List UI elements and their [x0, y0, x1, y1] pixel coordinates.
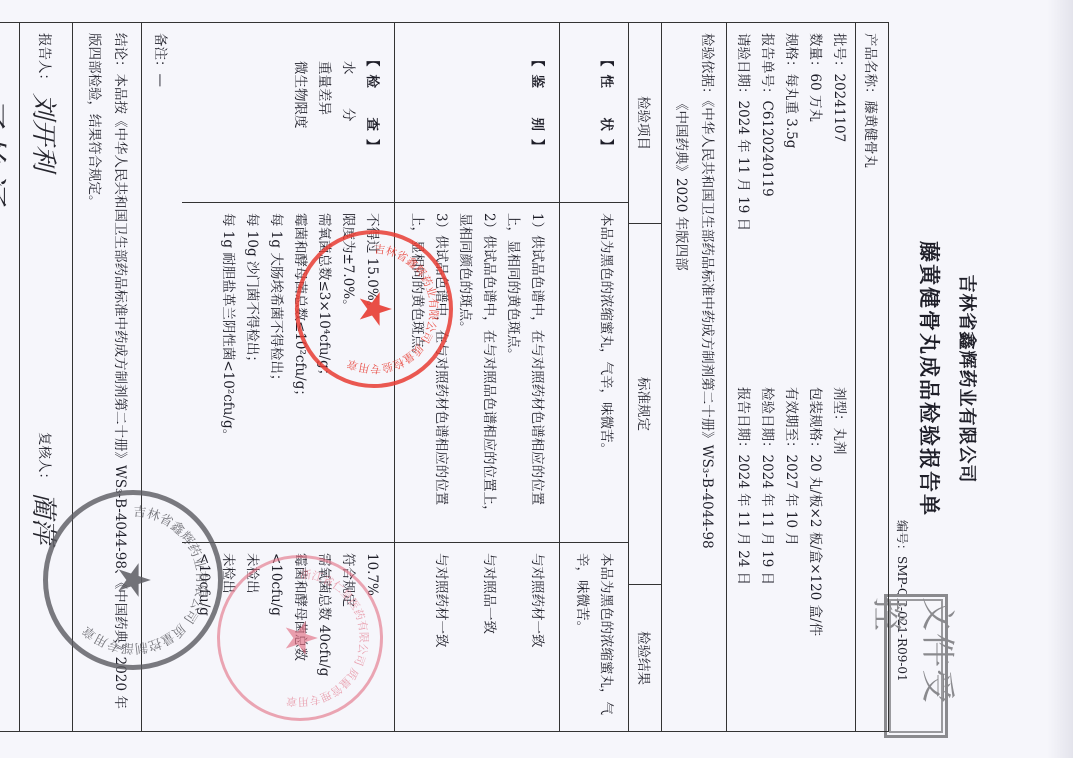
info-line: 检验日期：2024 年 11 月 19 日	[755, 387, 779, 721]
standard-text: 2）供试品色谱中，在与对照品色谱相应的位置上，显相同颜色的斑点。	[453, 213, 501, 532]
info-value: 丸剂	[831, 428, 847, 455]
test-section-row: 【检 查】水 分重量差异微生物限度不得过 15.0%。限度为±7.0%。需氧菌总…	[182, 23, 394, 731]
info-value: 2024 年 11 月 19 日	[735, 101, 751, 232]
result-text: 与对照品一致	[477, 553, 501, 721]
standard-text: 本品为黑色的浓缩蜜丸，气辛，味微苦。	[594, 213, 618, 532]
info-line: 数量：60 万丸	[803, 33, 827, 367]
info-label: 规格：	[783, 33, 799, 74]
standard-text: 每 1g 耐胆盐革兰阴性菌<10²cfu/g。	[216, 213, 240, 532]
standard-text: 限度为±7.0%。	[336, 213, 360, 532]
product-info-left: 批号：20241107数量：60 万丸规格：每丸重 3.5g报告单号：C6120…	[727, 23, 855, 377]
table-header: 检验项目 标准规定 检验结果	[628, 23, 661, 731]
test-sections: 【性 状】本品为黑色的浓缩蜜丸，气辛，味微苦。本品为黑色的浓缩蜜丸，气辛，味微苦…	[182, 23, 628, 731]
info-value: 2027 年 10 月	[783, 455, 799, 546]
info-value: 20241107	[831, 74, 847, 143]
test-section-row: 【性 状】本品为黑色的浓缩蜜丸，气辛，味微苦。本品为黑色的浓缩蜜丸，气辛，味微苦…	[559, 23, 628, 731]
controlled-document-stamp: 文件受控	[884, 594, 948, 738]
reporter-reviewer-row: 报告人： 刘开利 复核人： 蔺萍	[19, 23, 72, 731]
remark-label: 备注：	[152, 33, 168, 74]
standard-text: 每 1g 大肠埃希菌不得检出；	[264, 213, 288, 532]
remark-row: 备注：—	[141, 23, 182, 731]
result-text: 与对照药材一致	[429, 553, 453, 721]
product-name-label: 产品名称：	[862, 33, 878, 101]
info-label: 包装规格：	[807, 387, 823, 455]
result-text: <10cfu/g	[192, 553, 216, 721]
info-line: 批号：20241107	[827, 33, 851, 367]
standard-text: 需氧菌总数≤3×10⁴cfu/g；	[312, 213, 336, 532]
product-name-value: 藤黄健骨丸	[862, 101, 878, 169]
test-item-label: 【性 状】	[594, 53, 618, 202]
reporter-label: 报告人：	[36, 33, 56, 87]
info-value: 20 丸/板×2 板/盒×120 盒/件	[807, 455, 823, 637]
test-item-label: 【检 查】	[360, 53, 384, 202]
result-text: 未检出	[240, 553, 264, 721]
result-text: 未检出	[216, 553, 240, 721]
header-standard: 标准规定	[629, 224, 661, 585]
info-value: 2024 年 11 月 24 日	[735, 455, 751, 586]
info-line: 剂型：丸剂	[827, 387, 851, 721]
info-label: 数量：	[807, 33, 823, 74]
conclusion-text: 本品按《中华人民共和国卫生部药品标准中药成方制剂第二十册》WS₃-B-4044-…	[86, 33, 128, 709]
result-text: 需氧菌总数 40cfu/g	[312, 553, 336, 721]
standard-text: 霉菌和酵母菌总数≤10²cfu/g；	[288, 213, 312, 532]
responsible-label: 负责人：	[0, 33, 3, 87]
reviewer-label: 复核人：	[36, 432, 56, 486]
info-value: C6120240119	[759, 101, 775, 197]
test-item-label: 重量差异	[312, 53, 336, 202]
standard-text: 1）供试品色谱中，在与对照药材色谱相应的位置上，显相同的黄色斑点。	[501, 213, 549, 532]
standard-text: 每 10g 沙门菌不得检出；	[240, 213, 264, 532]
info-label: 批号：	[831, 33, 847, 74]
info-line: 报告单号：C6120240119	[755, 33, 779, 367]
basis-standard-1: 《中华人民共和国卫生部药品标准中药成方制剂第二十册》WS₃-B-4044-98	[699, 101, 715, 549]
product-info-right: 剂型：丸剂包装规格：20 丸/板×2 板/盒×120 盒/件有效期至：2027 …	[727, 377, 855, 731]
info-line: 有效期至：2027 年 10 月	[779, 387, 803, 721]
header-test-item: 检验项目	[629, 23, 661, 224]
test-section-row: 【鉴 别】1）供试品色谱中，在与对照药材色谱相应的位置上，显相同的黄色斑点。2）…	[394, 23, 559, 731]
basis-row: 检验依据：《中华人民共和国卫生部药品标准中药成方制剂第二十册》WS₃-B-404…	[661, 23, 726, 731]
product-name-row: 产品名称：藤黄健骨丸	[855, 23, 888, 731]
result-text: 与对照药材一致	[525, 553, 549, 721]
inspection-report-page: 吉林省鑫辉药业有限公司 藤黄健骨丸成品检验报告单 编号：SMP-QC-021-R…	[0, 0, 1073, 758]
info-value: 每丸重 3.5g	[783, 74, 799, 149]
info-label: 剂型：	[831, 387, 847, 428]
conclusion-label: 结论：	[112, 33, 128, 74]
standard-text: 不得过 15.0%。	[360, 213, 384, 532]
info-label: 报告单号：	[759, 33, 775, 101]
reporter-signature: 刘开利	[28, 93, 65, 171]
result-text: 符合规定	[336, 553, 360, 721]
remark-value: —	[152, 74, 168, 88]
basis-standard-2: 《中国药典》2020 年版四部	[673, 97, 689, 271]
info-label: 请验日期：	[735, 33, 751, 101]
standard-text: 3）供试品色谱中，在与对照药材色谱相应的位置上，显相同的黄色斑点。	[405, 213, 453, 532]
test-item-label: 微生物限度	[288, 53, 312, 202]
info-line: 请验日期：2024 年 11 月 19 日	[731, 33, 755, 367]
report-table: 产品名称：藤黄健骨丸 批号：20241107数量：60 万丸规格：每丸重 3.5…	[0, 22, 889, 732]
info-label: 检验日期：	[759, 387, 775, 455]
result-text: 霉菌和酵母菌总数<10cfu/g	[264, 553, 312, 721]
info-label: 有效期至：	[783, 387, 799, 455]
info-line: 报告日期：2024 年 11 月 24 日	[731, 387, 755, 721]
responsible-row: 负责人： 子怡涵	[0, 23, 19, 731]
scan-edge	[1047, 0, 1073, 758]
header-result: 检验结果	[629, 585, 661, 731]
test-item-label: 水 分	[336, 53, 360, 202]
info-value: 2024 年 11 月 19 日	[759, 455, 775, 586]
product-info-block: 批号：20241107数量：60 万丸规格：每丸重 3.5g报告单号：C6120…	[726, 23, 855, 731]
info-label: 报告日期：	[735, 387, 751, 455]
test-item-label: 【鉴 别】	[525, 53, 549, 202]
responsible-signature: 子怡涵	[0, 93, 18, 207]
conclusion-row: 结论：本品按《中华人民共和国卫生部药品标准中药成方制剂第二十册》WS₃-B-40…	[72, 23, 141, 731]
info-line: 规格：每丸重 3.5g	[779, 33, 803, 367]
info-line: 包装规格：20 丸/板×2 板/盒×120 盒/件	[803, 387, 827, 721]
info-value: 60 万丸	[807, 74, 823, 122]
document-number-label: 编号：	[895, 520, 909, 556]
result-text: 10.7%	[360, 553, 384, 721]
result-text: 本品为黑色的浓缩蜜丸，气辛，味微苦。	[570, 553, 618, 721]
reviewer-signature: 蔺萍	[28, 492, 65, 544]
basis-label: 检验依据：	[699, 33, 715, 101]
